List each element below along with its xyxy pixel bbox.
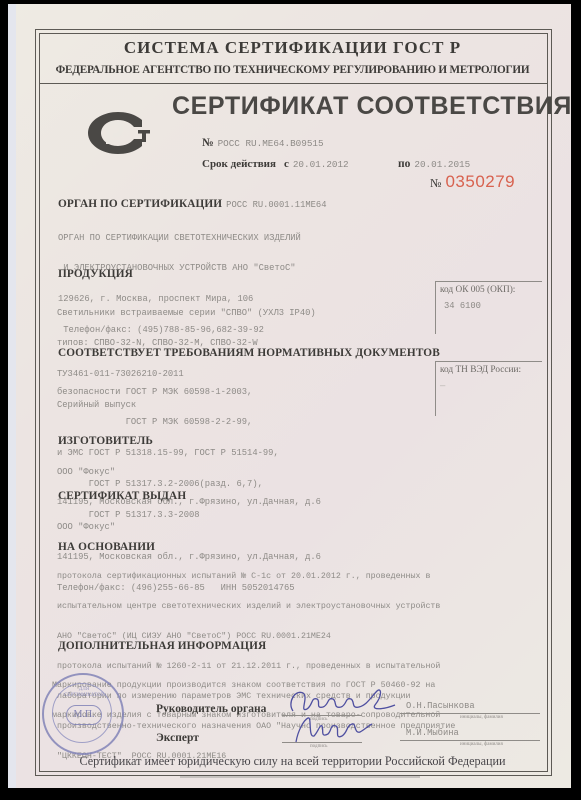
official-seal-stamp: ДЛЯ СЕРТИФИКАТОВ М.П. xyxy=(42,673,124,755)
expert-signature-icon xyxy=(290,712,375,748)
head-name: О.Н.Пасынкова xyxy=(406,701,475,711)
validity-label: Срок действия xyxy=(202,158,276,170)
agency-name: ФЕДЕРАЛЬНОЕ АГЕНТСТВО ПО ТЕХНИЧЕСКОМУ РЕ… xyxy=(39,64,546,76)
tnved-label: код ТН ВЭД России: xyxy=(436,362,542,375)
additional-info-title: ДОПОЛНИТЕЛЬНАЯ ИНФОРМАЦИЯ xyxy=(58,640,266,652)
validity-row: Срок действия с 20.01.2012 xyxy=(202,154,349,172)
rst-gost-mark-icon xyxy=(84,108,152,158)
expert-name: М.И.Мыбина xyxy=(406,728,459,738)
valid-to: 20.01.2015 xyxy=(414,159,470,170)
expert-label: Эксперт xyxy=(156,732,199,744)
okp-value: 34 6100 xyxy=(436,295,542,311)
valid-from: 20.01.2012 xyxy=(293,159,349,170)
head-name-caption: инициалы, фамилия xyxy=(460,715,503,720)
printer-imprint-line xyxy=(180,776,420,778)
certification-body-title: ОРГАН ПО СЕРТИФИКАЦИИ xyxy=(58,198,222,210)
okp-code-box: код ОК 005 (ОКП): 34 6100 xyxy=(435,281,542,334)
valid-to-row: по 20.01.2015 xyxy=(398,154,470,172)
certificate-title: СЕРТИФИКАТ СООТВЕТСТВИЯ xyxy=(172,92,572,121)
serial-number: 0350279 xyxy=(445,172,515,191)
serial-number-row: № 0350279 xyxy=(430,172,515,192)
system-title: СИСТЕМА СЕРТИФИКАЦИИ ГОСТ Р xyxy=(39,38,546,58)
serial-label: № xyxy=(430,176,441,190)
certification-body-code: РОСС RU.0001.11МЕ64 xyxy=(226,200,326,210)
registration-number-row: № РОСС RU.МЕ64.В09515 xyxy=(202,133,324,151)
tnved-value: — xyxy=(436,375,542,391)
valid-to-label: по xyxy=(398,158,410,170)
registration-number: РОСС RU.МЕ64.В09515 xyxy=(218,138,324,149)
expert-name-caption: инициалы, фамилия xyxy=(460,742,503,747)
head-of-body-label: Руководитель органа xyxy=(156,703,266,715)
stamp-inner-text: ДЛЯ СЕРТИФИКАТОВ xyxy=(64,687,104,699)
expert-name-line xyxy=(400,740,540,741)
product-title: ПРОДУКЦИЯ xyxy=(58,268,133,280)
tnved-code-box: код ТН ВЭД России: — xyxy=(435,361,542,416)
standards-title: СООТВЕТСТВУЕТ ТРЕБОВАНИЯМ НОРМАТИВНЫХ ДО… xyxy=(58,347,440,359)
legal-validity-statement: Сертификат имеет юридическую силу на все… xyxy=(35,754,550,769)
header-divider xyxy=(39,83,548,84)
valid-from-label: с xyxy=(284,158,289,170)
scan-edge xyxy=(8,4,16,788)
number-label: № xyxy=(202,137,214,149)
head-name-line xyxy=(400,713,540,714)
stamp-mp-text: М.П. xyxy=(66,705,102,725)
okp-label: код ОК 005 (ОКП): xyxy=(436,282,542,295)
